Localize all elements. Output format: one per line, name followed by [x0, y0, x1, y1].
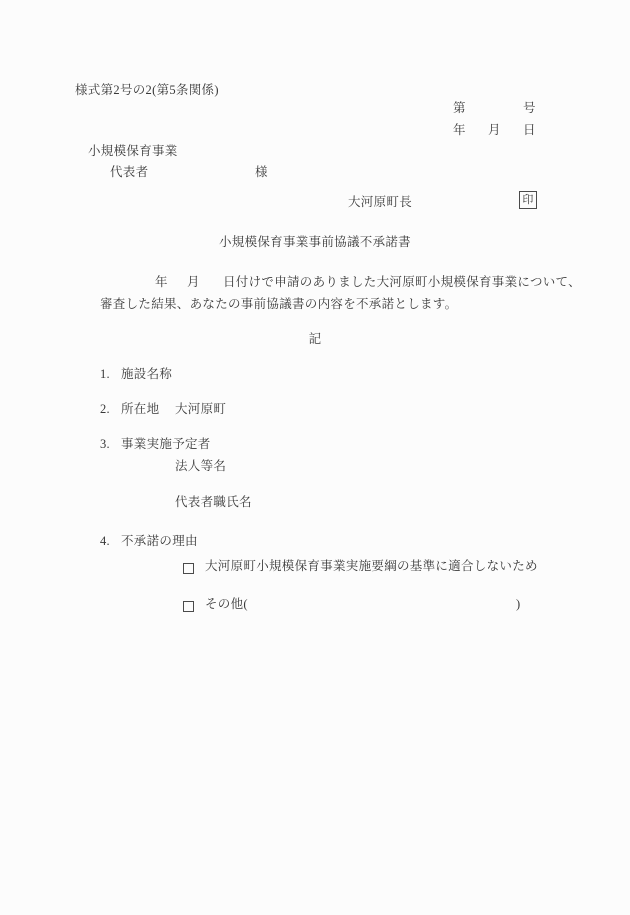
item4-label: 不承諾の理由 [121, 534, 198, 549]
item4-number: 4. [100, 534, 110, 549]
addressee-role: 代表者 [110, 165, 148, 180]
item4-option1-text: 大河原町小規模保育事業実施要綱の基準に適合しないため [205, 559, 538, 574]
body-line1: 日付けで申請のありました大河原町小規模保育事業について、 [223, 275, 581, 290]
checkbox-reason-standards-icon [183, 563, 194, 574]
doc-number-suffix: 号 [523, 101, 536, 116]
form-number: 様式第2号の2(第5条関係) [75, 83, 219, 98]
item3-label: 事業実施予定者 [121, 437, 211, 452]
date-day-label: 日 [523, 123, 536, 138]
item3-corporate-name-label: 法人等名 [175, 459, 226, 474]
seal-stamp-box: 印 [519, 191, 537, 209]
body-line2: 審査した結果、あなたの事前協議書の内容を不承諾とします。 [100, 297, 457, 312]
body-date-month: 月 [187, 275, 200, 290]
item1-label: 施設名称 [121, 367, 172, 382]
addressee-honorific: 様 [255, 165, 268, 180]
seal-character: 印 [522, 195, 533, 206]
item4-option2-close-paren: ) [516, 597, 520, 612]
date-year-label: 年 [453, 123, 466, 138]
doc-number-prefix: 第 [453, 101, 466, 116]
document-page: 様式第2号の2(第5条関係) 第 号 年 月 日 小規模保育事業 代表者 様 大… [0, 0, 630, 915]
item2-number: 2. [100, 402, 110, 417]
item2-label: 所在地 [121, 402, 159, 417]
item4-option2-text: その他( [205, 597, 248, 612]
body-date-year: 年 [155, 275, 168, 290]
record-marker: 記 [0, 332, 630, 347]
date-month-label: 月 [488, 123, 501, 138]
checkbox-reason-other-icon [183, 601, 194, 612]
item1-number: 1. [100, 367, 110, 382]
addressee-business: 小規模保育事業 [88, 144, 178, 159]
item3-number: 3. [100, 437, 110, 452]
item3-representative-label: 代表者職氏名 [175, 495, 252, 510]
item2-value: 大河原町 [175, 402, 226, 417]
issuer-name: 大河原町長 [348, 195, 412, 210]
document-title: 小規模保育事業事前協議不承諾書 [0, 235, 630, 250]
